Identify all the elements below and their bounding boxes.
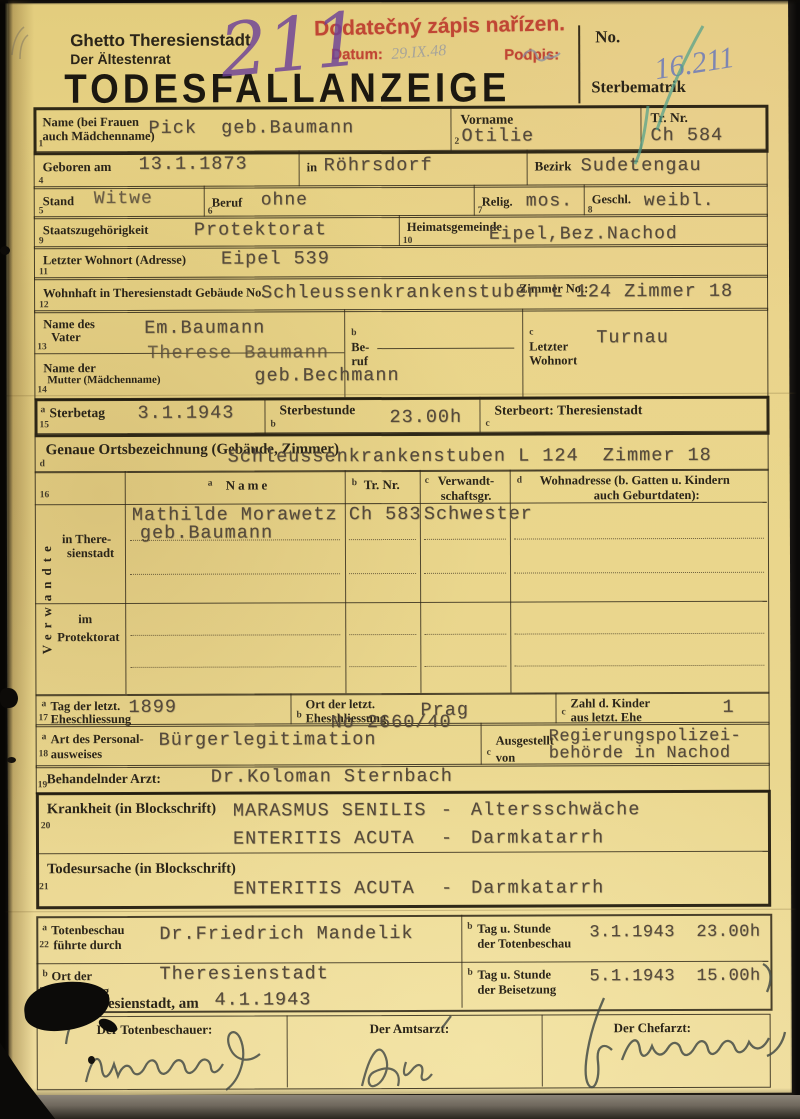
krankheit-latin-2: ENTERITIS ACUTA: [233, 828, 415, 850]
relative-trnr: Ch 583: [349, 504, 422, 525]
name-label-line1: Name (bei Frauen: [42, 115, 139, 129]
separator: -: [441, 878, 453, 899]
edge-speck: [0, 246, 10, 255]
stand-value: Witwe: [94, 189, 153, 209]
stamp-podpis-label: Podpis:: [504, 46, 559, 63]
divider: [450, 106, 451, 151]
divider: [264, 397, 265, 433]
separator: -: [441, 828, 453, 849]
wohnhaft-label: Wohnhaft in Theresienstadt Gebäude No.: [43, 285, 265, 300]
krankheit-german-1: Altersschwäche: [471, 799, 641, 821]
krankheit-latin-1: MARASMUS SENILIS: [233, 800, 427, 822]
sterbetag-value: 3.1.1943: [137, 403, 234, 424]
totenbeschau-arzt-value: Dr.Friedrich Mandelik: [159, 923, 413, 945]
ausgestellt-label-line2: von: [496, 751, 516, 765]
paper-sheet: Ghetto Theresienstadt Der Ältestenrat TO…: [0, 0, 800, 1119]
col-header-verw-line2: schaftsgr.: [441, 489, 492, 503]
todesursache-latin: ENTERITIS ACUTA: [233, 878, 415, 900]
marker: a: [42, 732, 47, 742]
ausweis-nummer-value: No 2660/40: [331, 712, 452, 733]
separator: -: [441, 800, 453, 821]
divider: [474, 185, 475, 216]
group-im-protektorat-line2: Protektorat: [57, 630, 119, 644]
krankheit-label: Krankheit (in Blockschrift): [47, 801, 216, 818]
ehe-tag-value: 1899: [128, 697, 176, 718]
scan-edge-left: [0, 0, 13, 1119]
name-label-line2: auch Mädchenname): [42, 129, 154, 143]
todesursache-label: Todesursache (in Blockschrift): [47, 861, 236, 878]
geschl-label: Geschl.: [592, 192, 631, 206]
chefarzt-sig-label: Der Chefarzt:: [614, 1021, 691, 1036]
field-number: 20: [41, 821, 51, 831]
field-number: 15: [40, 420, 50, 430]
geschl-value: weibl.: [644, 191, 715, 211]
col-header-verw-line1: Verwandt-: [438, 474, 495, 488]
relig-label: Relig.: [482, 195, 513, 209]
sterbeort-label: Sterbeort:: [494, 402, 553, 417]
field-number: 9: [39, 236, 44, 246]
geburtsort-value: Röhrsdorf: [324, 155, 433, 176]
marker: c: [425, 476, 429, 486]
header-divider: [578, 25, 580, 103]
marker: c: [529, 328, 533, 338]
field-number: 16: [40, 490, 50, 500]
field-number: 5: [39, 206, 44, 216]
divider: [299, 150, 300, 186]
mutter-value-line1: Therese Baumann: [147, 342, 329, 364]
vorname-value: Otilie: [461, 126, 534, 147]
verwandte-side-label: Verwandte: [39, 517, 56, 677]
letzter-wohnort-label: Letzter Wohnort (Adresse): [43, 253, 186, 267]
kinder-value: 1: [722, 697, 734, 718]
wohnhaft-value: Schleussenkrankenstuben L 124 Zimmer 18: [261, 281, 733, 304]
handwritten-doc-number: 211: [217, 0, 365, 95]
sterbeort-line: Sterbeort: Theresienstadt: [494, 402, 642, 418]
divider: [399, 215, 400, 246]
beisetzung-zeit-label-line1: Tag u. Stunde: [477, 967, 551, 981]
totenbeschau-zeit-label-line2: der Totenbeschau: [477, 936, 571, 950]
beisetzung-ort-value: Theresienstadt: [159, 963, 329, 985]
no-label: No.: [595, 27, 620, 46]
vater-value: Em.Baumann: [144, 317, 265, 338]
marker: d: [517, 476, 522, 486]
eltern-beruf-label-line1: Be-: [351, 340, 369, 354]
trnr-label: Tr. Nr.: [650, 110, 687, 125]
ausgestellt-value-line2: behörde in Nachod: [549, 744, 731, 764]
relative-verwandtschaft: Schwester: [424, 504, 533, 525]
divider: [479, 397, 480, 433]
col-header-name: Name: [226, 478, 271, 493]
field-number: 17: [39, 713, 49, 723]
divider: [584, 184, 585, 215]
marker: a: [40, 405, 45, 415]
scan-edge-top: [0, 0, 800, 5]
marker: b: [467, 968, 472, 978]
sterbetag-label: Sterbetag: [49, 405, 105, 420]
vater-label-line1: Name des: [43, 317, 95, 331]
geboren-value: 13.1.1873: [139, 154, 248, 175]
field-number: 18: [39, 749, 49, 759]
col-header-trnr: Tr. Nr.: [364, 478, 400, 493]
sterbestunde-value: 23.00h: [389, 407, 462, 428]
marker: a: [42, 923, 47, 933]
stand-label: Stand: [43, 194, 74, 208]
field-number: 12: [39, 300, 49, 310]
totenbeschau-label-line1: Totenbeschau: [51, 923, 124, 937]
eltern-wohnort-label-line2: Wohnort: [529, 353, 577, 367]
divider: [555, 692, 556, 723]
marker: a: [208, 479, 213, 489]
scan-edge-right: [790, 0, 800, 1119]
divider: [481, 723, 482, 765]
sterbeort-value: Theresienstadt: [557, 402, 642, 417]
ausweis-label-line1: Art des Personal-: [51, 732, 144, 746]
vorname-label: Vorname: [460, 112, 513, 127]
edge-speck: [0, 688, 18, 708]
krankheit-german-2: Darmkatarrh: [471, 827, 604, 848]
group-in-theresienstadt-line2: sienstadt: [67, 546, 114, 560]
field-number: 11: [39, 267, 48, 277]
marker: b: [351, 328, 356, 338]
scanned-death-notice-document: Ghetto Theresienstadt Der Ältestenrat TO…: [0, 0, 800, 1119]
mutter-value-line2: geb.Bechmann: [254, 365, 399, 387]
vater-label-line2: Vater: [51, 330, 80, 344]
divider: [290, 693, 291, 724]
group-in-theresienstadt-line1: in There-: [62, 532, 111, 546]
bezirk-value: Sudetengau: [581, 155, 702, 176]
arzt-value: Dr.Koloman Sternbach: [211, 766, 453, 788]
heimat-value: Eipel,Bez.Nachod: [489, 224, 678, 245]
ausstellung-datum-value: 4.1.1943: [215, 989, 312, 1010]
group-im-protektorat-line1: im: [78, 612, 92, 626]
field-number: 14: [37, 385, 47, 395]
bezirk-label: Bezirk: [535, 159, 572, 174]
beisetzung-zeit-label-line2: der Beisetzung: [477, 982, 556, 996]
sterbestunde-label: Sterbestunde: [279, 402, 355, 417]
name-value: Pick geb.Baumann: [148, 117, 354, 139]
kinder-label-line1: Zahl d. Kinder: [570, 696, 650, 710]
field-number: 4: [39, 176, 44, 186]
ortsbezeichnung-value: Schleussenkrankenstuben L 124 Zimmer 18: [228, 445, 712, 468]
staat-value: Protektorat: [194, 219, 327, 240]
marker: b: [467, 922, 472, 932]
beruf-value: ohne: [261, 190, 308, 210]
staat-label: Staatszugehörigkeit: [43, 223, 149, 237]
eltern-beruf-label-line2: ruf: [351, 354, 368, 368]
amtsarzt-sig-label: Der Amtsarzt:: [370, 1022, 450, 1037]
totenbeschau-zeit-label-line1: Tag u. Stunde: [477, 921, 551, 935]
heimat-label: Heimatsgemeinde: [407, 220, 502, 234]
totenbeschau-zeit-value: 3.1.1943 23.00h: [589, 923, 760, 943]
marker: b: [297, 710, 302, 720]
beruf-label: Beruf: [212, 196, 243, 210]
beisetzung-zeit-value: 5.1.1943 15.00h: [589, 967, 760, 987]
relig-value: mos.: [526, 191, 573, 211]
totenbeschau-label-line2: führte durch: [53, 938, 121, 952]
divider: [527, 150, 528, 186]
edge-speck: [7, 757, 16, 763]
divider: [204, 186, 205, 217]
field-number: 1: [39, 139, 44, 149]
trnr-value: Ch 584: [650, 125, 723, 146]
marker: d: [40, 459, 45, 469]
ausgestellt-label-line1: Ausgestellt: [496, 733, 554, 747]
field-number: 21: [39, 882, 49, 892]
divider: [640, 105, 641, 150]
marker: b: [42, 969, 47, 979]
eltern-wohnort-value: Turnau: [596, 327, 669, 348]
geboren-in-label: in: [307, 160, 317, 174]
field-number: 13: [37, 342, 47, 352]
field-number: 2: [455, 137, 460, 147]
marker: b: [352, 478, 357, 488]
letzter-wohnort-value: Eipel 539: [221, 248, 330, 269]
ink-speck: [88, 1056, 95, 1064]
marker: b: [271, 419, 276, 429]
todesursache-german: Darmkatarrh: [471, 877, 604, 898]
geboren-label: Geboren am: [43, 160, 112, 175]
col-header-adresse-line2: auch Geburtdaten):: [594, 488, 700, 502]
ehe-ort-label-line1: Ort der letzt.: [305, 697, 375, 711]
marker: c: [486, 419, 490, 429]
marker: c: [562, 707, 566, 717]
ausweis-label-line2: ausweises: [51, 747, 102, 761]
field-number: 22: [39, 940, 49, 950]
scan-bottom-band: [0, 1095, 800, 1119]
arzt-label: Behandelnder Arzt:: [47, 771, 161, 787]
col-header-adresse-line1: Wohnadresse (b. Gatten u. Kindern: [540, 473, 730, 488]
marker: c: [487, 748, 491, 758]
mutter-label-line2: Mutter (Mädchenname): [47, 374, 160, 387]
eltern-wohnort-label-line1: Letzter: [529, 339, 568, 353]
marker: a: [41, 699, 46, 709]
